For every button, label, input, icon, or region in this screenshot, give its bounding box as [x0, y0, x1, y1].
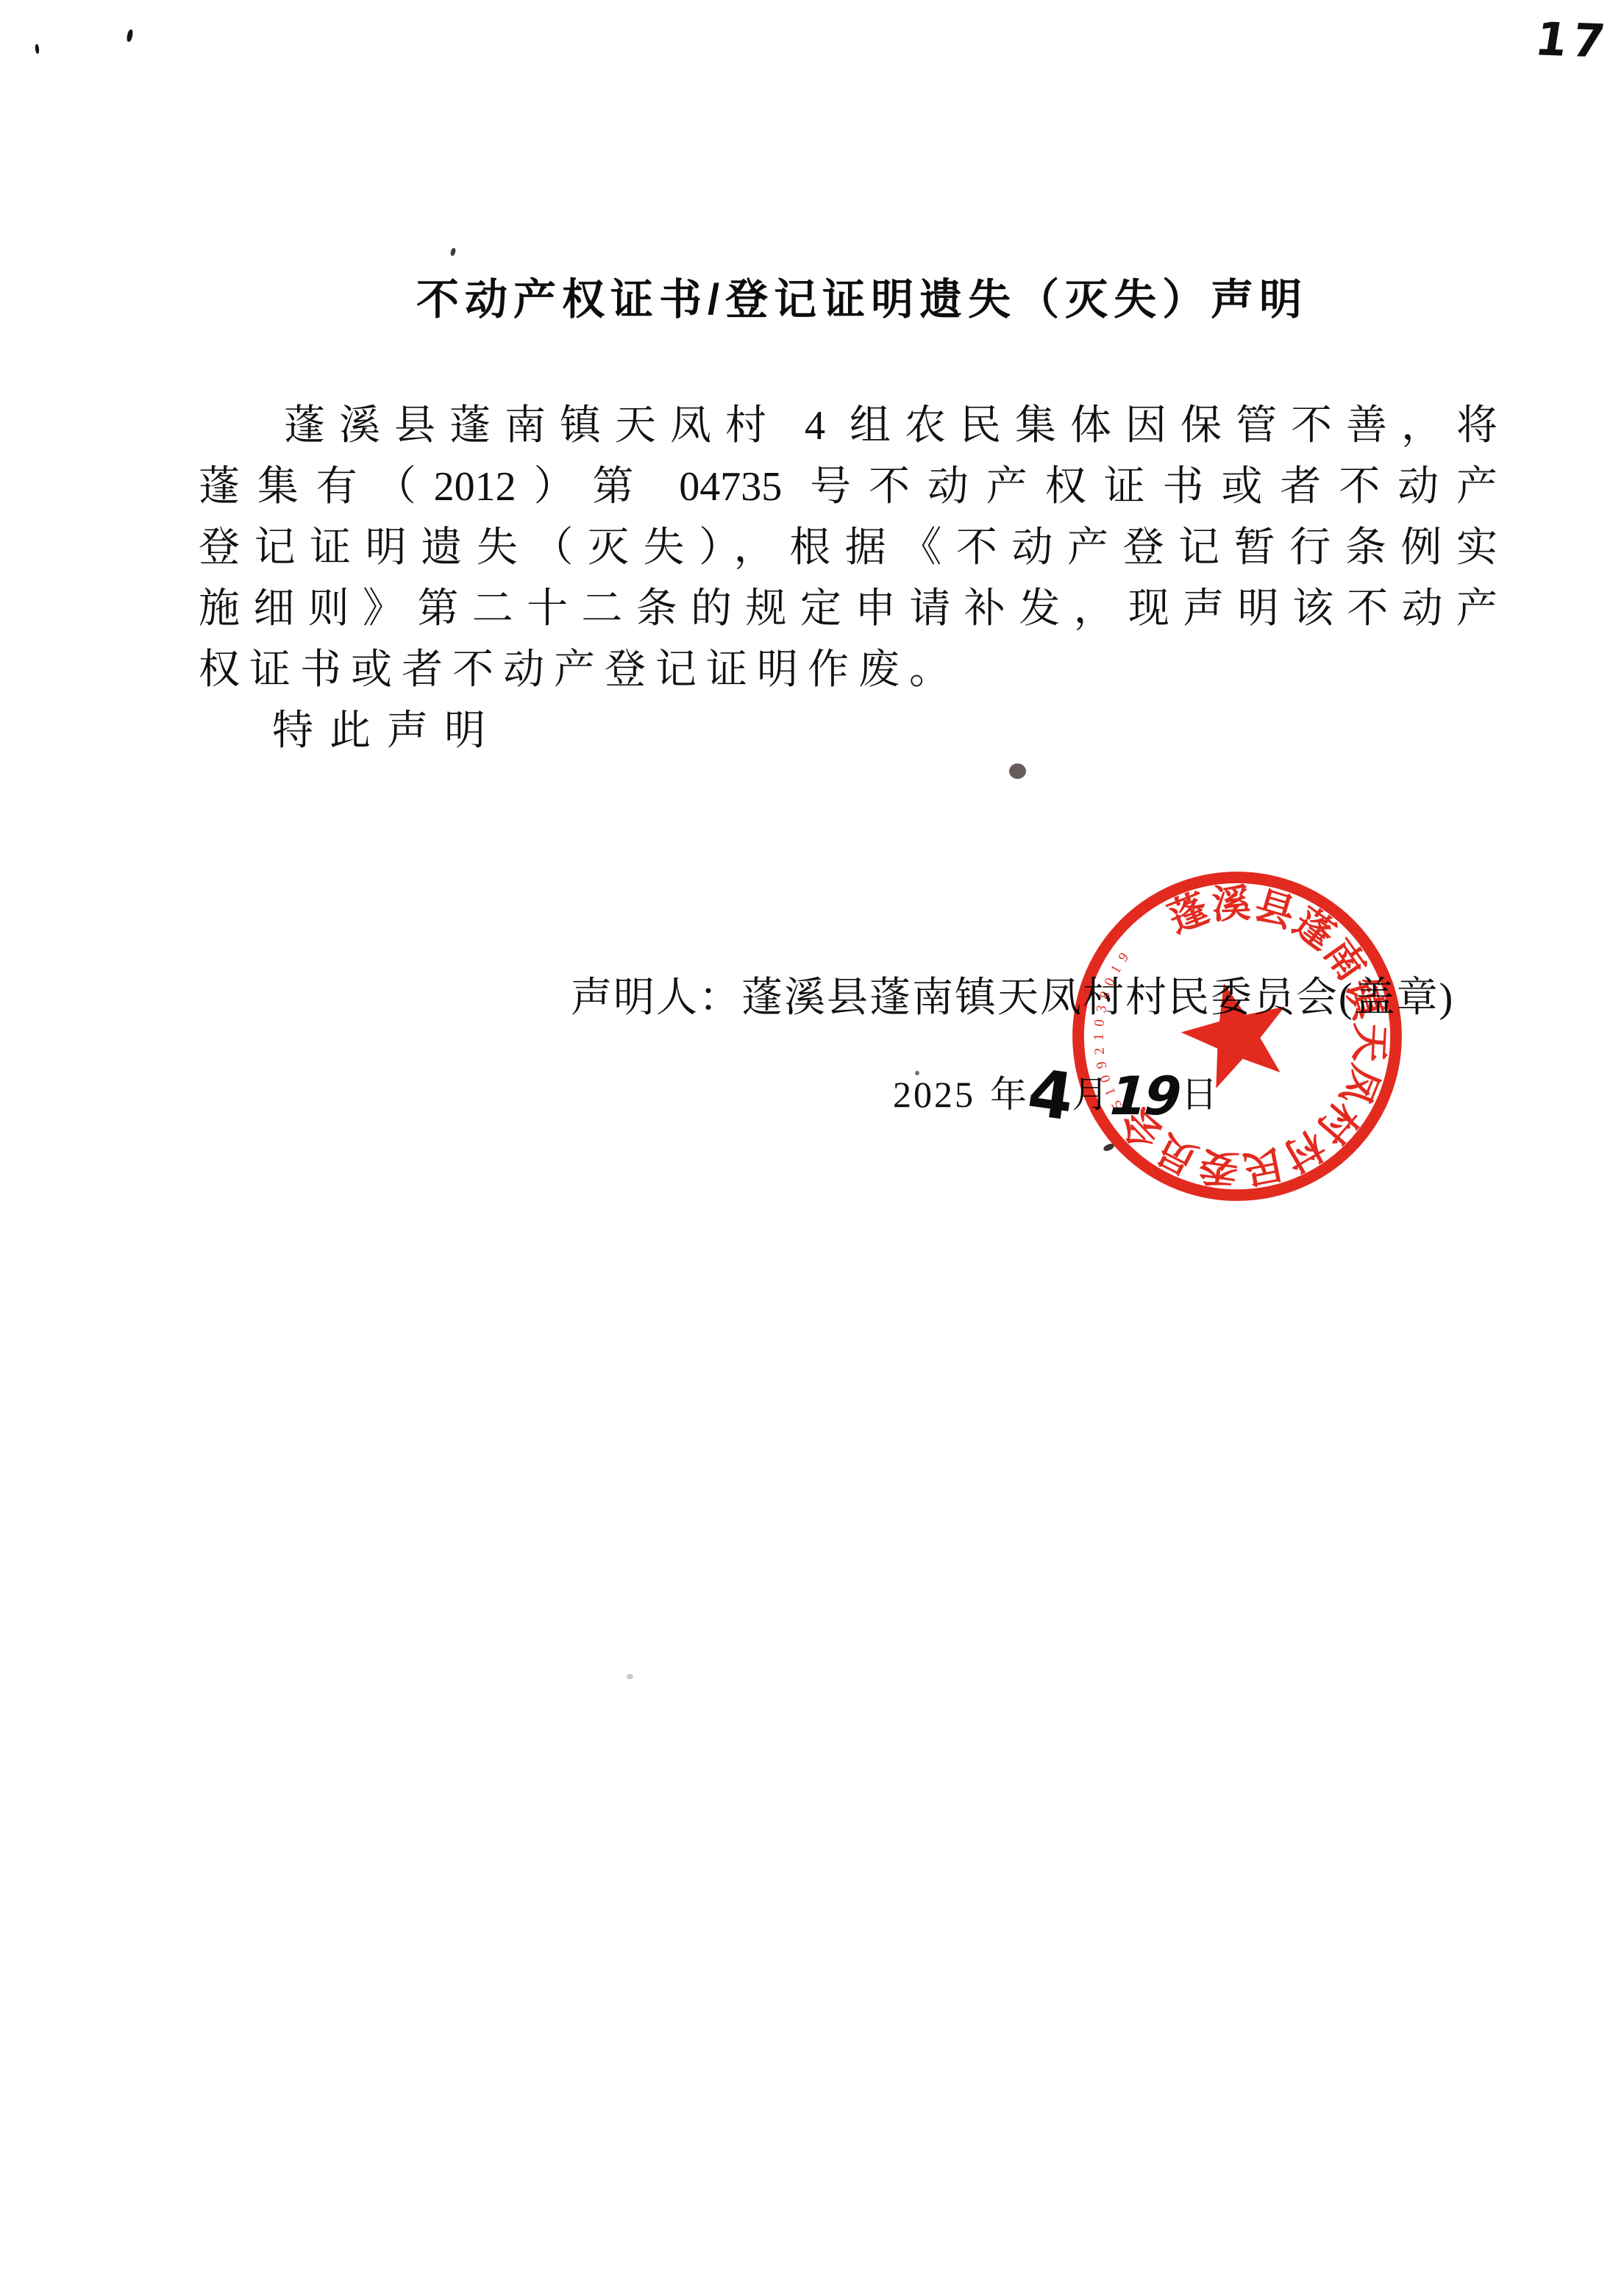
date-year: 2025 — [893, 1073, 975, 1116]
date-year-unit: 年 — [990, 1065, 1027, 1118]
scan-speck — [915, 1071, 919, 1075]
body-line: 施细则》第二十二条的规定申请补发，现声明该不动产 — [199, 579, 1497, 640]
body-line: 蓬溪县蓬南镇天凤村 4 组农民集体因保管不善，将 — [199, 396, 1497, 457]
handwritten-page-number: 17 — [1531, 12, 1613, 68]
closing-statement: 特此声明 — [272, 701, 1571, 762]
body-line: 蓬集有（2012）第 04735 号不动产权证书或者不动产 — [199, 457, 1497, 518]
scan-speck — [126, 29, 133, 42]
scan-speck — [627, 1674, 633, 1679]
handwritten-month: 4 — [1028, 1092, 1073, 1099]
body-line: 登记证明遗失（灭失），根据《不动产登记暂行条例实 — [199, 518, 1497, 579]
document-body: 蓬溪县蓬南镇天凤村 4 组农民集体因保管不善，将 蓬集有（2012）第 0473… — [199, 396, 1497, 762]
scan-speck — [450, 247, 457, 256]
scanned-document-page: 17 不动产权证书/登记证明遗失（灭失）声明 蓬溪县蓬南镇天凤村 4 组农民集体… — [0, 0, 1624, 2280]
scan-speck — [35, 44, 39, 54]
seal-star-icon — [1172, 970, 1300, 1093]
body-line: 权证书或者不动产登记证明作废。 — [199, 640, 1497, 701]
scan-ink-dot — [1009, 763, 1026, 779]
document-title: 不动产权证书/登记证明遗失（灭失）声明 — [416, 265, 1308, 327]
official-seal-stamp: 蓬溪县蓬南镇天凤村村民委员会 510921038019 — [1072, 871, 1403, 1202]
